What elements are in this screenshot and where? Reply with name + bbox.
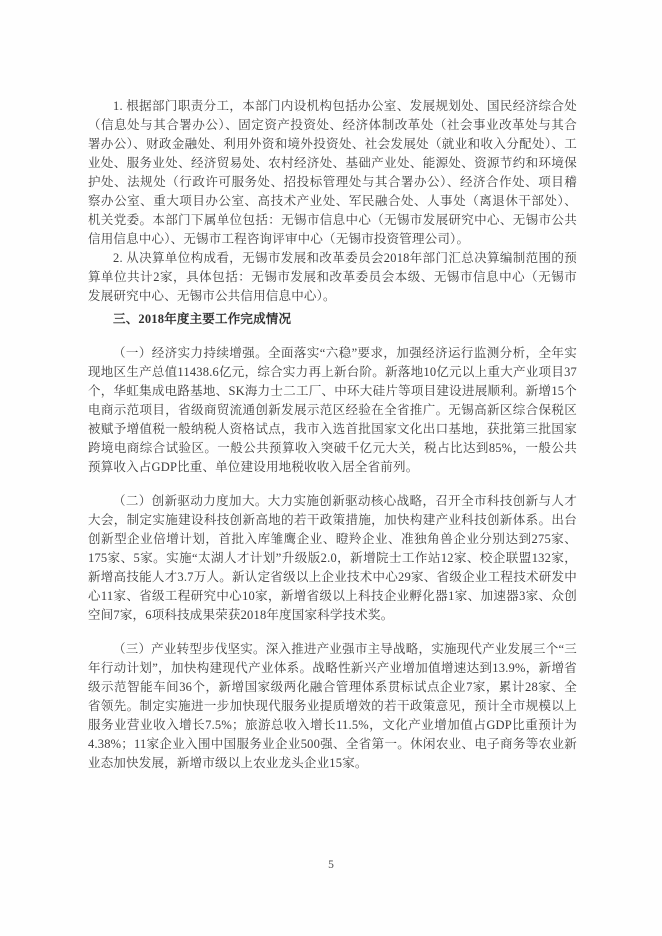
page-footer: 5 — [0, 855, 662, 873]
section-heading-2018-main-work: 三、2018年度主要工作完成情况 — [88, 310, 577, 329]
document-body: 1. 根据部门职责分工，本部门内设机构包括办公室、发展规划处、国民经济综合处（信… — [88, 97, 577, 773]
document-page: 1. 根据部门职责分工，本部门内设机构包括办公室、发展规划处、国民经济综合处（信… — [0, 0, 662, 936]
paragraph-budget-units: 2. 从决算单位构成看，无锡市发展和改革委员会2018年部门汇总决算编制范围的预… — [88, 249, 577, 306]
paragraph-economic-strength: （一）经济实力持续增强。全面落实“六稳”要求，加强经济运行监测分析，全年实现地区… — [88, 344, 577, 477]
paragraph-internal-structure: 1. 根据部门职责分工，本部门内设机构包括办公室、发展规划处、国民经济综合处（信… — [88, 97, 577, 249]
page-number: 5 — [328, 859, 334, 871]
paragraph-industry-transformation: （三）产业转型步伐坚实。深入推进产业强市主导战略，实施现代产业发展三个“三年行动… — [88, 640, 577, 773]
paragraph-innovation-drive: （二）创新驱动力度加大。大力实施创新驱动核心战略，召开全市科技创新与人才大会，制… — [88, 492, 577, 625]
